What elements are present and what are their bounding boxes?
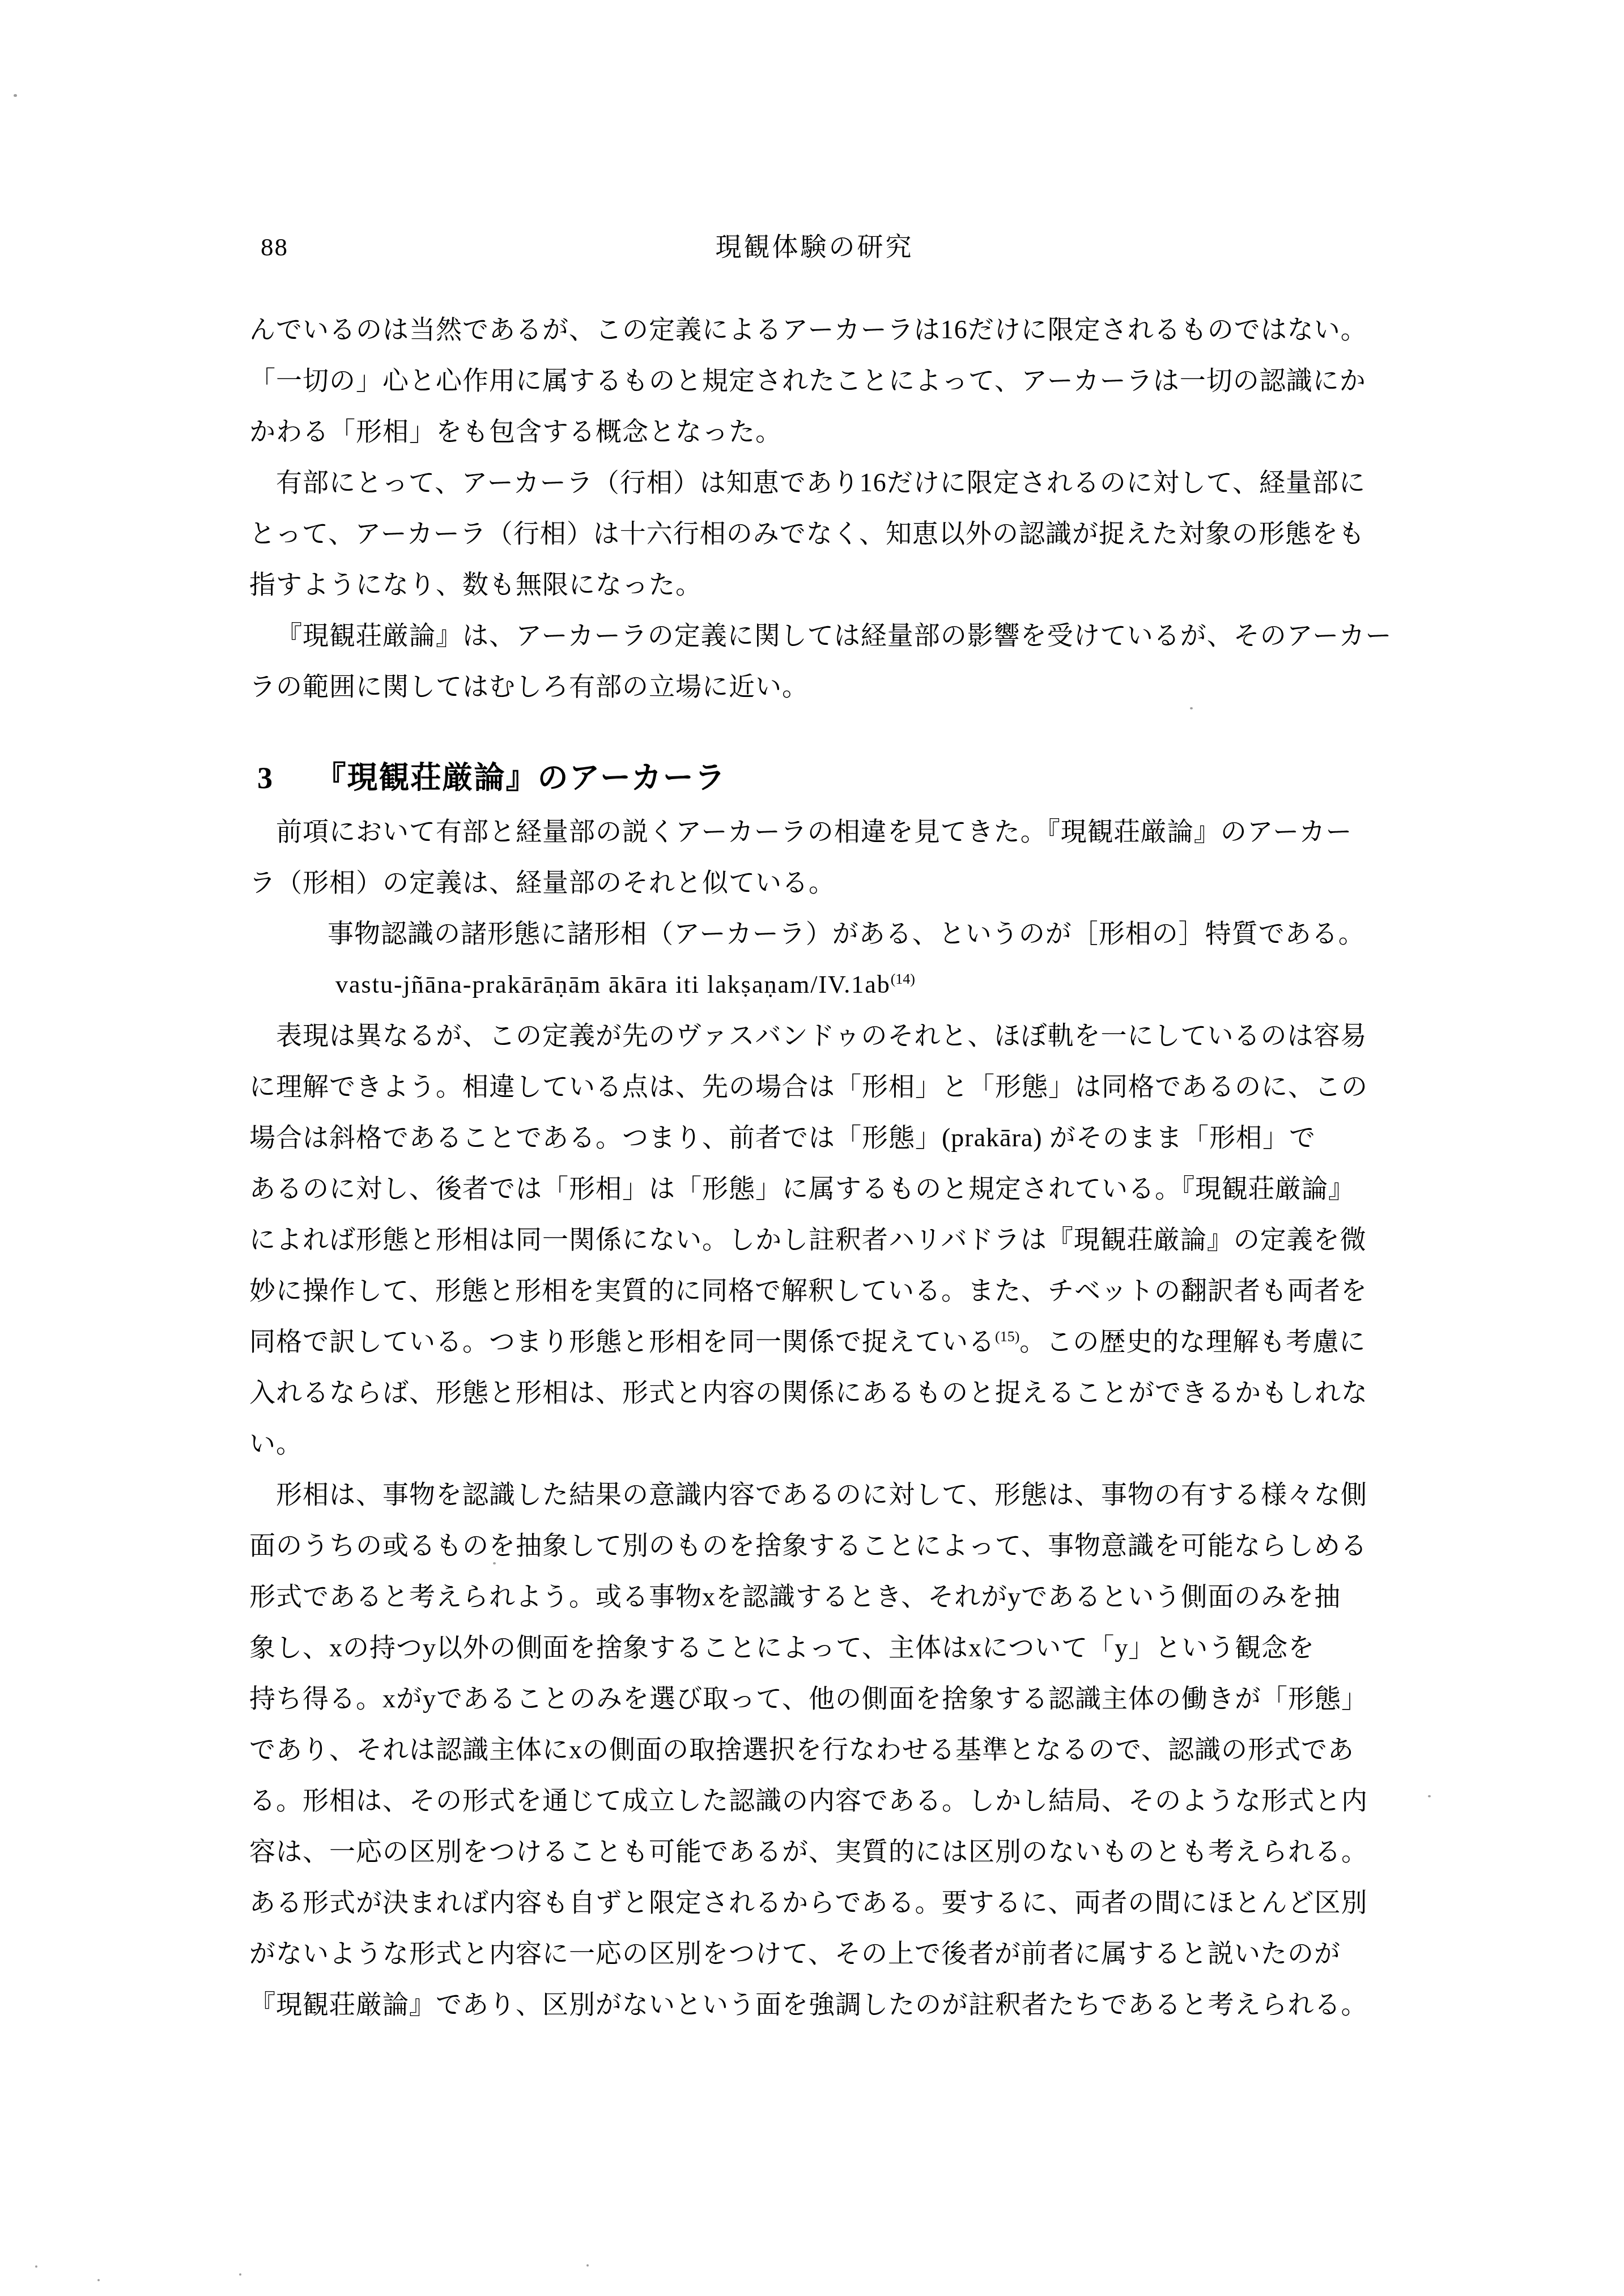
text-line: 同格で訳している。つまり形態と形相を同一関係で捉えている(15)。この歴史的な理…	[249, 1316, 1380, 1367]
scanned-page: 88 現観体験の研究 んでいるのは当然であるが、この定義によるアーカーラは16だ…	[0, 0, 1624, 2296]
text-line: かわる「形相」をも包含する概念となった。	[249, 406, 1380, 457]
section-heading: 3 『現観荘厳論』のアーカーラ	[249, 750, 1380, 806]
section-number: 3	[257, 761, 274, 795]
text-line: んでいるのは当然であるが、この定義によるアーカーラは16だけに限定されるものでは…	[249, 304, 1380, 355]
running-title: 現観体験の研究	[716, 232, 914, 261]
text-line: ラ（形相）の定義は、経量部のそれと似ている。	[249, 857, 1380, 908]
text-block: 88 現観体験の研究 んでいるのは当然であるが、この定義によるアーカーラは16だ…	[249, 229, 1380, 2030]
text-line: る。形相は、その形式を通じて成立した認識の内容である。しかし結局、そのような形式…	[249, 1775, 1380, 1826]
text-segment: 同格で訳している。つまり形態と形相を同一関係で捉えている	[249, 1327, 995, 1356]
text-line: に理解できよう。相違している点は、先の場合は「形相」と「形態」は同格であるのに、…	[249, 1061, 1380, 1112]
text-line: 持ち得る。xがyであることのみを選び取って、他の側面を捨象する認識主体の働きが「…	[249, 1673, 1380, 1724]
text-line: 象し、xの持つy以外の側面を捨象することによって、主体はxについて「y」という観…	[249, 1622, 1380, 1673]
scan-speck	[1428, 1795, 1431, 1797]
section-title: 『現観荘厳論』のアーカーラ	[316, 761, 726, 795]
body-paragraphs-top: んでいるのは当然であるが、この定義によるアーカーラは16だけに限定されるものでは…	[249, 304, 1380, 712]
text-line: vastu-jñāna-prakārāṇām ākāra iti lakṣaṇa…	[249, 959, 1380, 1010]
text-segment: vastu-jñāna-prakārāṇām ākāra iti lakṣaṇa…	[335, 971, 891, 998]
text-line: 妙に操作して、形態と形相を実質的に同格で解釈している。また、チベットの翻訳者も両…	[249, 1265, 1380, 1316]
scan-speck	[35, 2265, 37, 2268]
text-segment: 。この歴史的な理解も考慮に	[1019, 1327, 1366, 1356]
text-line: 入れるならば、形態と形相は、形式と内容の関係にあるものと捉えることができるかもし…	[249, 1367, 1380, 1418]
body-paragraphs-bottom: 前項において有部と経量部の説くアーカーラの相違を見てきた。『現観荘厳論』のアーカ…	[249, 806, 1380, 2030]
text-line: 形相は、事物を認識した結果の意識内容であるのに対して、形態は、事物の有する様々な…	[249, 1469, 1380, 1520]
text-line: 指すようになり、数も無限になった。	[249, 559, 1380, 610]
text-line: 事物認識の諸形態に諸形相（アーカーラ）がある、というのが［形相の］特質である。	[249, 908, 1380, 959]
text-line: 場合は斜格であることである。つまり、前者では「形態」(prakāra) がそのま…	[249, 1112, 1380, 1163]
text-line: 容は、一応の区別をつけることも可能であるが、実質的には区別のないものとも考えられ…	[249, 1826, 1380, 1877]
text-line: とって、アーカーラ（行相）は十六行相のみでなく、知恵以外の認識が捉えた対象の形態…	[249, 508, 1380, 559]
text-line: 形式であると考えられよう。或る事物xを認識するとき、それがyであるという側面のみ…	[249, 1571, 1380, 1622]
scan-speck	[239, 2273, 241, 2276]
text-line: 「一切の」心と心作用に属するものと規定されたことによって、アーカーラは一切の認識…	[249, 355, 1380, 406]
page-number: 88	[261, 229, 288, 265]
text-line: 前項において有部と経量部の説くアーカーラの相違を見てきた。『現観荘厳論』のアーカ…	[249, 806, 1380, 857]
footnote-marker: (14)	[891, 971, 915, 987]
text-line: 表現は異なるが、この定義が先のヴァスバンドゥのそれと、ほぼ軌を一にしているのは容…	[249, 1010, 1380, 1061]
text-line: あるのに対し、後者では「形相」は「形態」に属するものと規定されている。『現観荘厳…	[249, 1163, 1380, 1214]
scan-speck	[97, 2279, 100, 2281]
text-line: がないような形式と内容に一応の区別をつけて、その上で後者が前者に属すると説いたの…	[249, 1928, 1380, 1979]
text-line: い。	[249, 1418, 1380, 1469]
footnote-marker: (15)	[995, 1328, 1019, 1345]
text-line: であり、それは認識主体にxの側面の取捨選択を行なわせる基準となるので、認識の形式…	[249, 1724, 1380, 1775]
scan-speck	[1190, 707, 1193, 709]
text-line: 有部にとって、アーカーラ（行相）は知恵であり16だけに限定されるのに対して、経量…	[249, 457, 1380, 508]
text-line: 面のうちの或るものを抽象して別のものを捨象することによって、事物意識を可能ならし…	[249, 1520, 1380, 1571]
text-line: ラの範囲に関してはむしろ有部の立場に近い。	[249, 661, 1380, 712]
text-line: によれば形態と形相は同一関係にない。しかし註釈者ハリバドラは『現観荘厳論』の定義…	[249, 1214, 1380, 1265]
text-line: 『現観荘厳論』は、アーカーラの定義に関しては経量部の影響を受けているが、そのアー…	[249, 610, 1380, 661]
scan-speck	[14, 94, 17, 97]
text-line: 『現観荘厳論』であり、区別がないという面を強調したのが註釈者たちであると考えられ…	[249, 1979, 1380, 2030]
page-header: 88 現観体験の研究	[249, 229, 1380, 265]
scan-speck	[493, 1562, 496, 1564]
text-line: ある形式が決まれば内容も自ずと限定されるからである。要するに、両者の間にほとんど…	[249, 1877, 1380, 1928]
scan-speck	[586, 2264, 589, 2267]
